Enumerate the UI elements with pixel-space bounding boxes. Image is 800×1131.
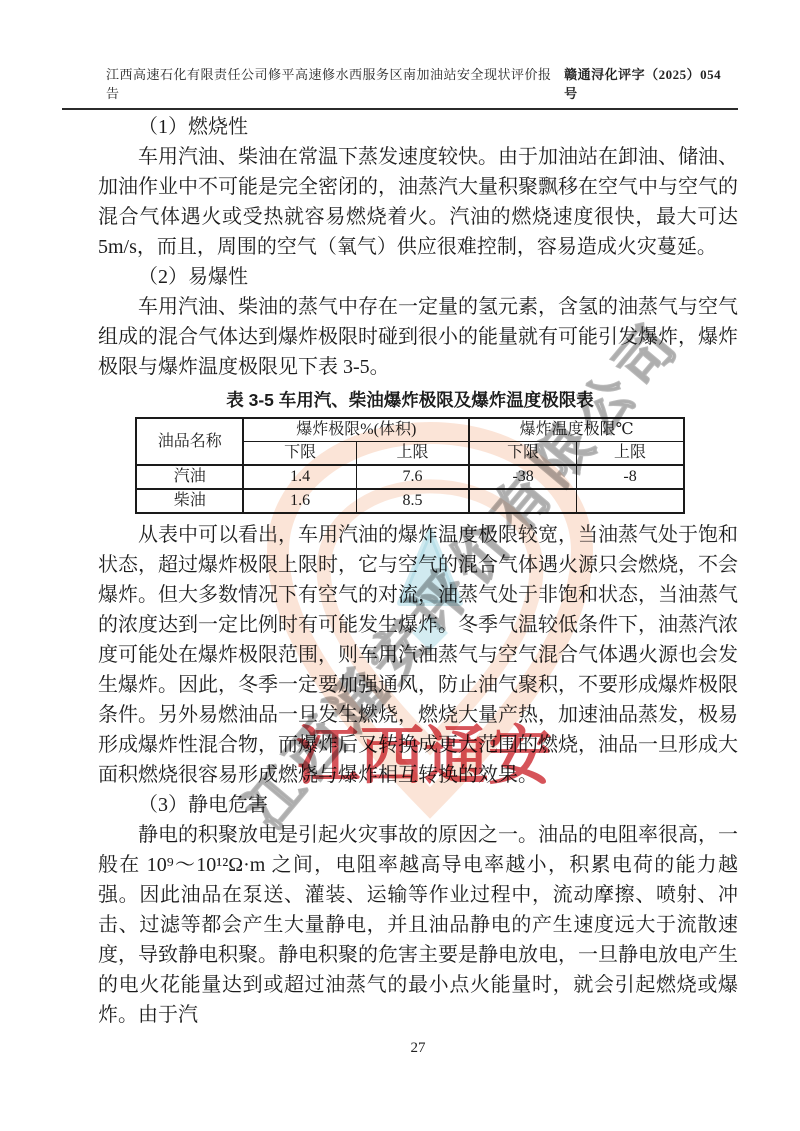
table-row-gasoline: 汽油 1.4 7.6 -38 -8 (136, 465, 684, 489)
sub-header-temp-upper-limit: 上限 (577, 442, 684, 466)
table-title: 表 3-5 车用汽、柴油爆炸极限及爆炸温度极限表 (135, 388, 685, 412)
paragraph-explosiveness: 车用汽油、柴油的蒸气中存在一定量的氢元素，含氢的油蒸气与空气组成的混合气体达到爆… (98, 292, 738, 382)
group-header-explosion-limit: 爆炸极限%(体积) (243, 418, 469, 442)
value-cell (577, 489, 684, 513)
section-heading-combustibility: （1）燃烧性 (98, 112, 738, 142)
table-row-diesel: 柴油 1.6 8.5 (136, 489, 684, 513)
explosion-limits-table: 油品名称 爆炸极限%(体积) 爆炸温度极限℃ 下限 上限 下限 上限 汽油 1.… (135, 417, 685, 514)
value-cell: 7.6 (356, 465, 469, 489)
document-body: （1）燃烧性 车用汽油、柴油在常温下蒸发速度较快。由于加油站在卸油、储油、加油作… (98, 112, 738, 1030)
report-page: 江西高速石化有限责任公司修平高速修水西服务区南加油站安全现状评价报告 赣通浔化评… (0, 0, 800, 1131)
value-cell: 1.6 (243, 489, 356, 513)
fuel-name-cell: 柴油 (136, 489, 243, 513)
value-cell: -8 (577, 465, 684, 489)
sub-header-temp-lower-limit: 下限 (469, 442, 576, 466)
page-header: 江西高速石化有限责任公司修平高速修水西服务区南加油站安全现状评价报告 赣通浔化评… (62, 64, 738, 110)
table-group-header-row: 油品名称 爆炸极限%(体积) 爆炸温度极限℃ (136, 418, 684, 442)
group-header-temp-limit: 爆炸温度极限℃ (469, 418, 684, 442)
value-cell: 8.5 (356, 489, 469, 513)
sub-header-upper-limit: 上限 (356, 442, 469, 466)
header-report-title: 江西高速石化有限责任公司修平高速修水西服务区南加油站安全现状评价报告 (62, 64, 564, 102)
table-corner-cell: 油品名称 (136, 418, 243, 465)
value-cell (469, 489, 576, 513)
paragraph-table-discussion: 从表中可以看出，车用汽油的爆炸温度极限较宽，当油蒸气处于饱和状态，超过爆炸极限上… (98, 520, 738, 790)
section-heading-explosiveness: （2）易爆性 (98, 262, 738, 292)
value-cell: -38 (469, 465, 576, 489)
value-cell: 1.4 (243, 465, 356, 489)
section-heading-static-hazard: （3）静电危害 (98, 790, 738, 820)
page-number: 27 (98, 1040, 738, 1057)
sub-header-lower-limit: 下限 (243, 442, 356, 466)
fuel-name-cell: 汽油 (136, 465, 243, 489)
paragraph-combustibility: 车用汽油、柴油在常温下蒸发速度较快。由于加油站在卸油、储油、加油作业中不可能是完… (98, 142, 738, 262)
paragraph-static-hazard: 静电的积聚放电是引起火灾事故的原因之一。油品的电阻率很高，一般在 10⁹～10¹… (98, 820, 738, 1030)
header-doc-number: 赣通浔化评字（2025）054 号 (564, 64, 738, 102)
